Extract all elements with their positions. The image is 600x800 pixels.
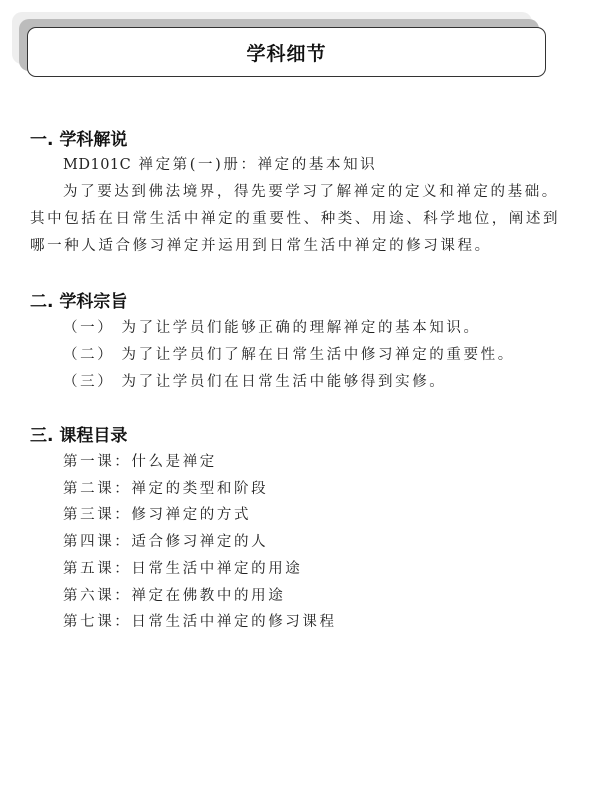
objective-item: （三） 为了让学员们在日常生活中能够得到实修。: [63, 370, 446, 391]
section-heading: 三. 课程目录: [30, 421, 127, 446]
banner-box: 学科细节: [27, 27, 546, 77]
paragraph-line: 哪一种人适合修习禅定并运用到日常生活中禅定的修习课程。: [30, 234, 492, 255]
page-title: 学科细节: [246, 39, 326, 66]
paragraph-line: 为了要达到佛法境界，得先要学习了解禅定的定义和禅定的基础。: [63, 180, 559, 201]
paragraph-line: 其中包括在日常生活中禅定的重要性、种类、用途、科学地位，阐述到: [30, 207, 560, 228]
objective-item: （二） 为了让学员们了解在日常生活中修习禅定的重要性。: [63, 343, 515, 364]
page-banner: 学科细节: [0, 0, 600, 90]
subject-subtitle: MD101C 禅定第(一)册：禅定的基本知识: [63, 153, 377, 174]
lesson-item: 第三课：修习禅定的方式: [63, 503, 251, 524]
lesson-item: 第二课：禅定的类型和阶段: [63, 477, 268, 498]
lesson-item: 第六课：禅定在佛教中的用途: [63, 584, 285, 605]
course-code: MD101C: [63, 157, 131, 173]
objective-item: （一） 为了让学员们能够正确的理解禅定的基本知识。: [63, 316, 481, 337]
lesson-item: 第四课：适合修习禅定的人: [63, 530, 268, 551]
lesson-item: 第一课：什么是禅定: [63, 450, 217, 471]
section-heading: 二. 学科宗旨: [30, 287, 127, 312]
lesson-item: 第七课：日常生活中禅定的修习课程: [63, 610, 337, 631]
subtitle-text: 禅定第(一)册：禅定的基本知识: [138, 157, 377, 173]
lesson-item: 第五课：日常生活中禅定的用途: [63, 557, 302, 578]
section-heading: 一. 学科解说: [30, 125, 127, 150]
